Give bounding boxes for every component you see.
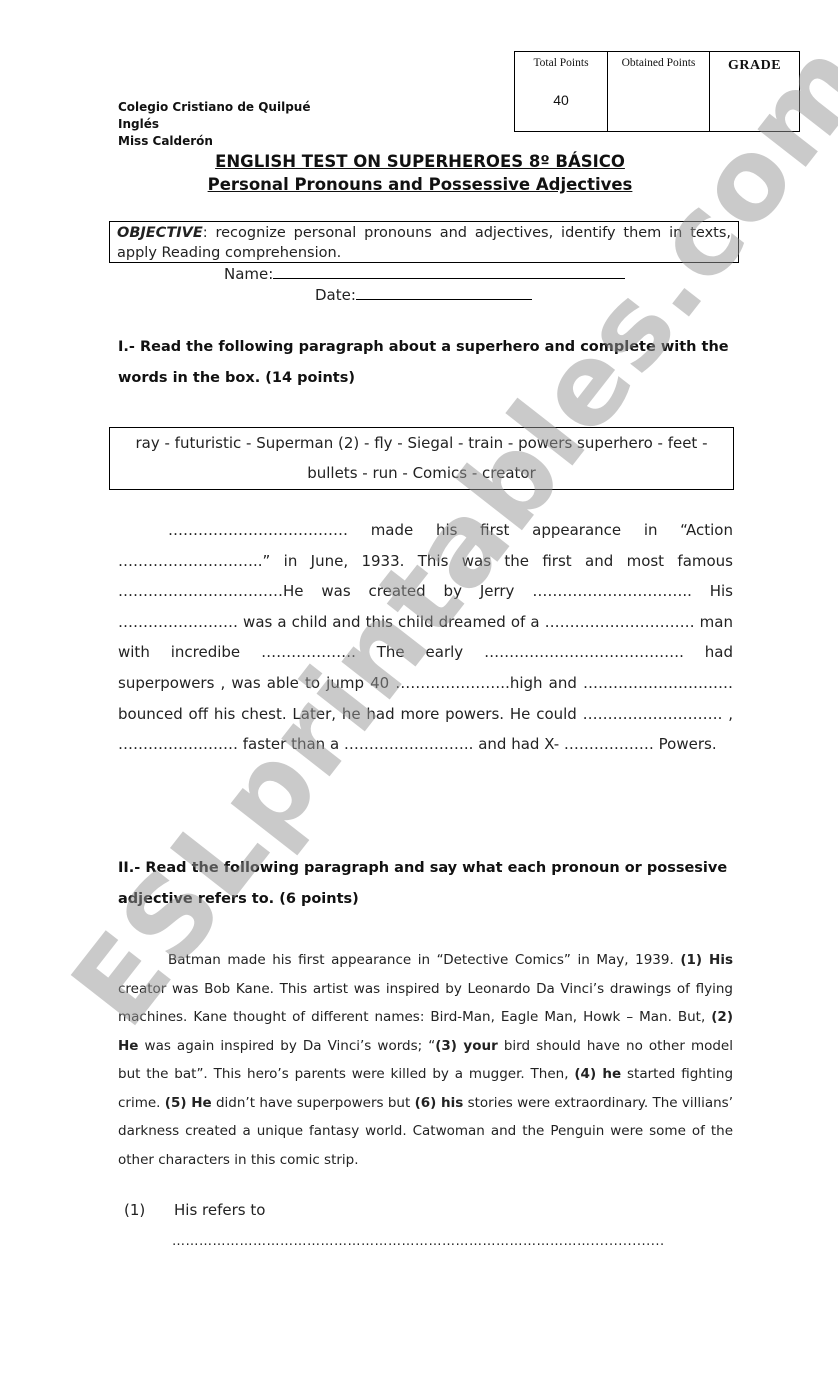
date-field[interactable]: Date: [315,284,532,304]
section-2-heading: II.- Read the following paragraph and sa… [118,853,733,915]
answer-item-1: (1)His refers to [124,1201,265,1219]
highlighted-pronoun: (4) he [574,1066,621,1082]
batman-paragraph: Batman made his first appearance in “Det… [118,946,733,1174]
answer-prompt: His refers to [174,1201,265,1219]
subject: Inglés [118,116,310,133]
paragraph-text: was again inspired by Da Vinci’s words; … [138,1038,435,1054]
paragraph-text: didn’t have superpowers but [212,1095,415,1111]
teacher: Miss Calderón [118,133,310,150]
obtained-points-cell[interactable]: Obtained Points [608,52,710,131]
total-points-label: Total Points [515,57,607,69]
section-1-heading: I.- Read the following paragraph about a… [118,332,733,394]
highlighted-pronoun: (6) his [415,1095,464,1111]
name-label: Name: [224,265,273,283]
school-name: Colegio Cristiano de Quilpué [118,99,310,116]
obtained-points-label: Obtained Points [608,57,709,69]
total-points-cell: Total Points 40 [515,52,608,131]
total-points-value: 40 [515,92,607,108]
cloze-paragraph[interactable]: ……………………………… made his first appearance i… [118,515,733,760]
name-input-line[interactable] [273,263,625,279]
test-title: ENGLISH TEST ON SUPERHEROES 8º BÁSICO [110,152,730,171]
objective-text: : recognize personal pronouns and adject… [117,225,731,261]
grade-label: GRADE [710,58,799,74]
objective-box: OBJECTIVE: recognize personal pronouns a… [109,221,739,263]
score-table: Total Points 40 Obtained Points GRADE [514,51,800,132]
test-subtitle: Personal Pronouns and Possessive Adjecti… [110,175,730,194]
date-input-line[interactable] [356,284,532,300]
paragraph-text: Batman made his first appearance in “Det… [168,952,680,968]
answer-blank-1[interactable]: ………………………………………………………………………………….........… [172,1234,665,1249]
cloze-text[interactable]: ……………………………… made his first appearance i… [118,515,733,760]
highlighted-pronoun: (3) your [435,1038,498,1054]
paragraph-text: creator was Bob Kane. This artist was in… [118,981,733,1026]
grade-cell[interactable]: GRADE [710,52,799,131]
batman-text: Batman made his first appearance in “Det… [118,946,733,1174]
word-box: ray - futuristic - Superman (2) - fly - … [109,427,734,490]
date-label: Date: [315,286,356,304]
highlighted-pronoun: (5) He [165,1095,212,1111]
name-field[interactable]: Name: [224,263,625,283]
school-info: Colegio Cristiano de Quilpué Inglés Miss… [118,99,310,150]
objective-label: OBJECTIVE [117,225,203,241]
answer-number: (1) [124,1201,174,1219]
highlighted-pronoun: (1) His [680,952,733,968]
